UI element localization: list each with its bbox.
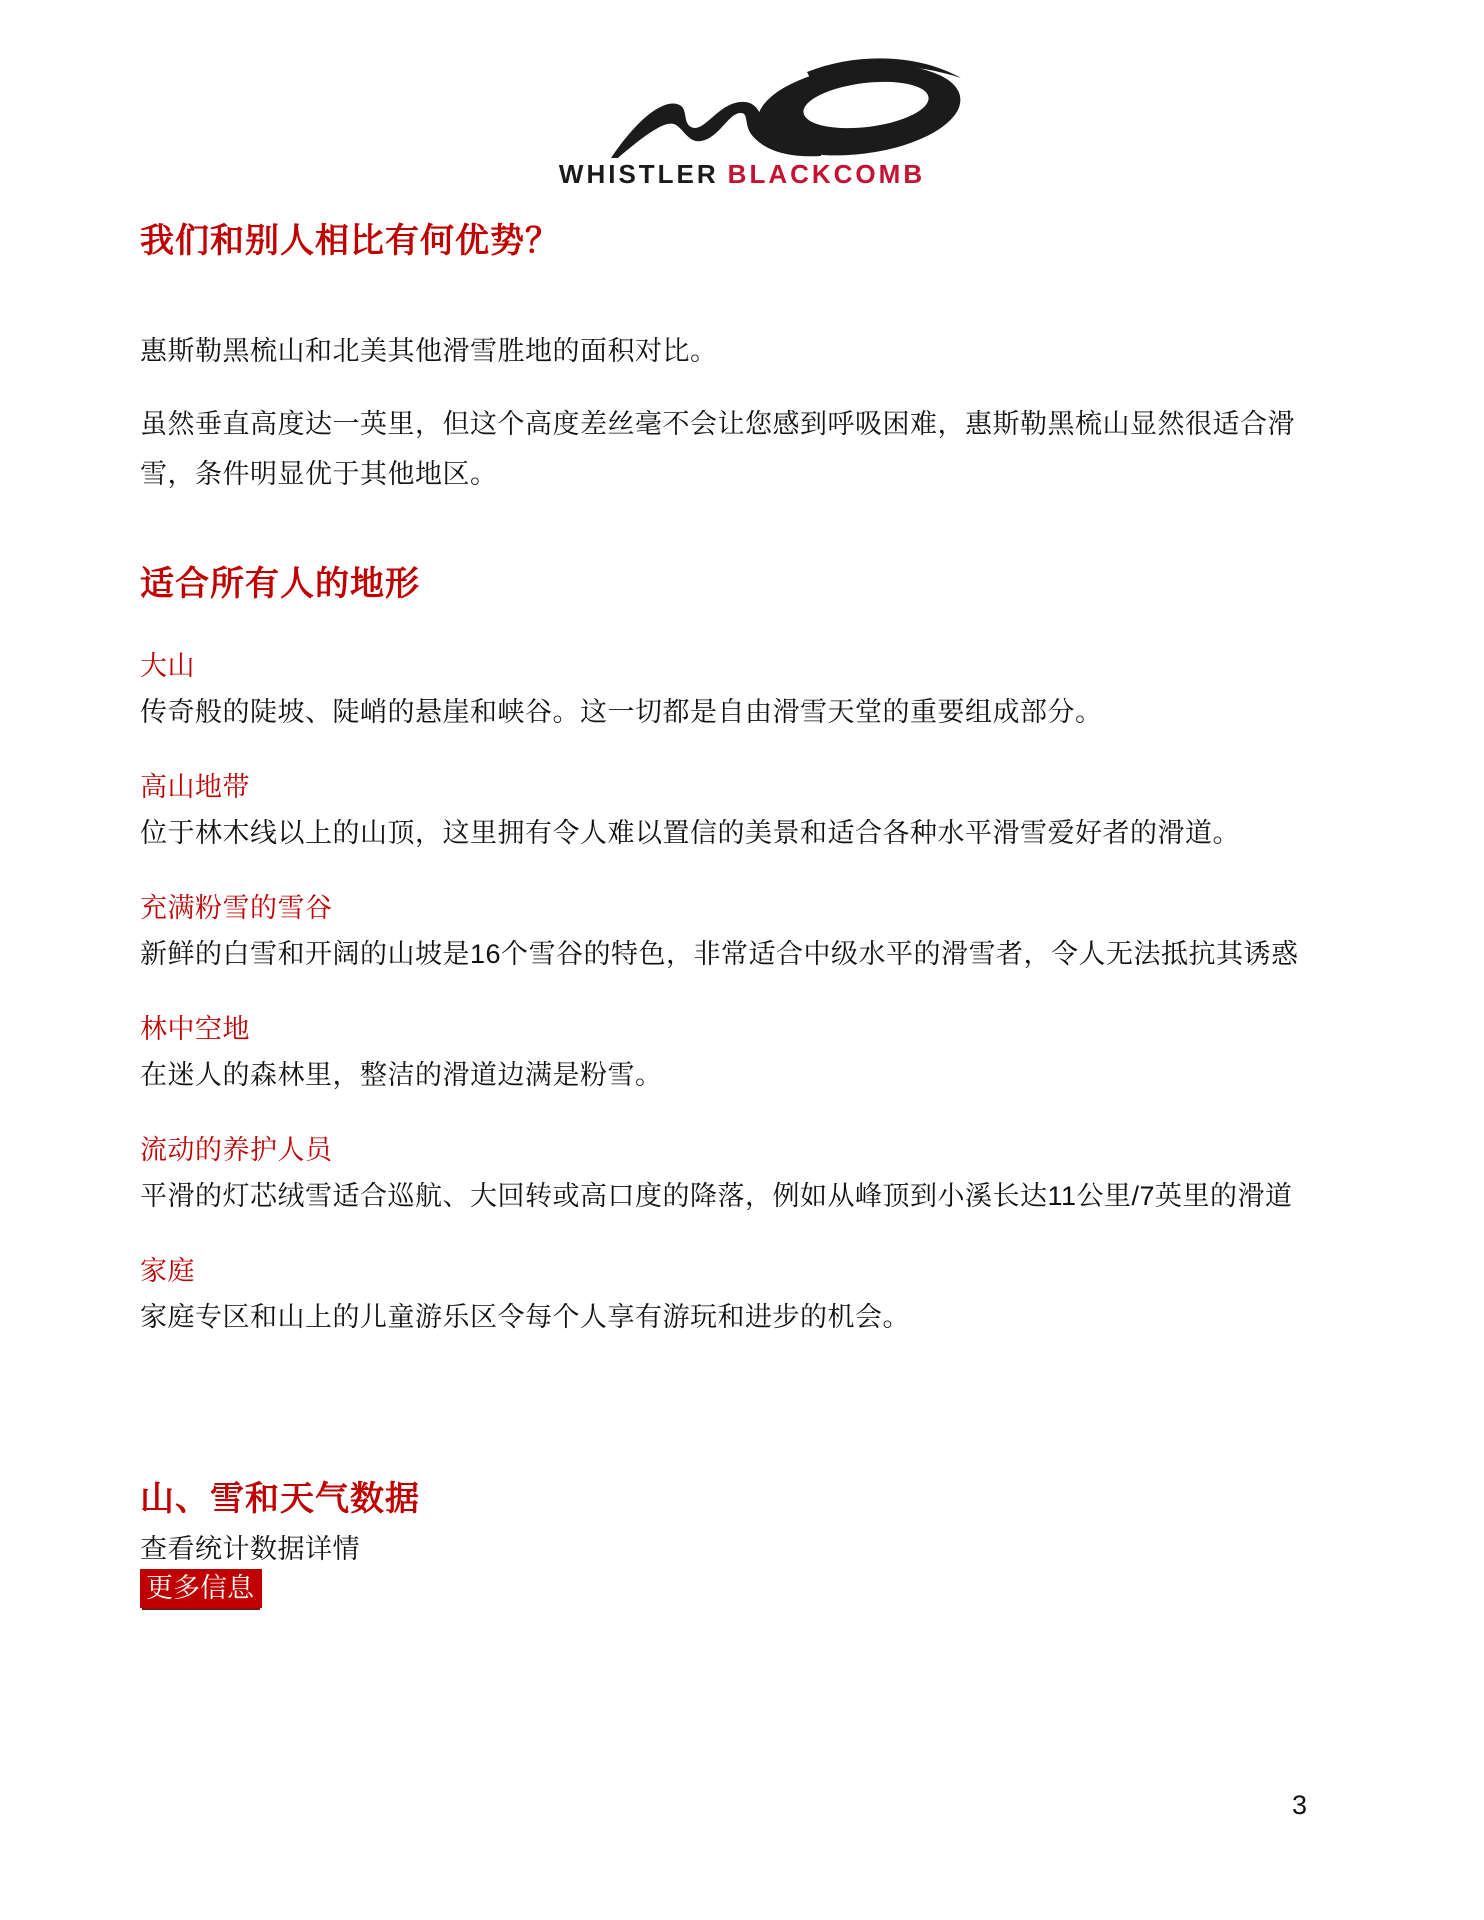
stats-subtitle: 查看统计数据详情 <box>140 1531 1344 1567</box>
page-number: 3 <box>1292 1790 1307 1821</box>
logo-wordmark: WHISTLERBLACKCOMB <box>559 160 925 188</box>
terrain-item-title: 家庭 <box>140 1250 1344 1292</box>
section-heading-stats: 山、雪和天气数据 <box>140 1477 1344 1521</box>
terrain-item-title: 流动的养护人员 <box>140 1129 1344 1171</box>
page-content: 我们和别人相比有何优势？ 惠斯勒黑梳山和北美其他滑雪胜地的面积对比。 虽然垂直高… <box>140 220 1344 1608</box>
terrain-item-body: 传奇般的陡坡、陡峭的悬崖和峡谷。这一切都是自由滑雪天堂的重要组成部分。 <box>140 687 1344 737</box>
terrain-item-body: 新鲜的白雪和开阔的山坡是16个雪谷的特色，非常适合中级水平的滑雪者，令人无法抵抗… <box>140 929 1344 979</box>
terrain-item-body: 位于林木线以上的山顶，这里拥有令人难以置信的美景和适合各种水平滑雪爱好者的滑道。 <box>140 808 1344 858</box>
terrain-item-title: 充满粉雪的雪谷 <box>140 887 1344 929</box>
terrain-item-body: 在迷人的森林里，整洁的滑道边满是粉雪。 <box>140 1050 1344 1100</box>
terrain-item-title: 大山 <box>140 645 1344 687</box>
terrain-item-family: 家庭 家庭专区和山上的儿童游乐区令每个人享有游玩和进步的机会。 <box>140 1250 1344 1342</box>
terrain-item-list: 大山 传奇般的陡坡、陡峭的悬崖和峡谷。这一切都是自由滑雪天堂的重要组成部分。 高… <box>140 645 1344 1342</box>
document-page: WHISTLERBLACKCOMB 我们和别人相比有何优势？ 惠斯勒黑梳山和北美… <box>0 0 1484 1608</box>
logo-swoosh-icon <box>607 58 967 158</box>
terrain-item-groomers: 流动的养护人员 平滑的灯芯绒雪适合巡航、大回转或高口度的降落，例如从峰顶到小溪长… <box>140 1129 1344 1221</box>
logo-text-whistler: WHISTLER <box>559 159 719 189</box>
terrain-item-alpine: 高山地带 位于林木线以上的山顶，这里拥有令人难以置信的美景和适合各种水平滑雪爱好… <box>140 766 1344 858</box>
section-heading-advantages: 我们和别人相比有何优势？ <box>140 220 1344 262</box>
terrain-item-powder-bowls: 充满粉雪的雪谷 新鲜的白雪和开阔的山坡是16个雪谷的特色，非常适合中级水平的滑雪… <box>140 887 1344 979</box>
terrain-item-body: 平滑的灯芯绒雪适合巡航、大回转或高口度的降落，例如从峰顶到小溪长达11公里/7英… <box>140 1171 1344 1221</box>
intro-paragraph-2: 虽然垂直高度达一英里，但这个高度差丝毫不会让您感到呼吸困难，惠斯勒黑梳山显然很适… <box>140 399 1344 499</box>
terrain-item-title: 林中空地 <box>140 1008 1344 1050</box>
terrain-item-body: 家庭专区和山上的儿童游乐区令每个人享有游玩和进步的机会。 <box>140 1292 1344 1342</box>
section-heading-terrain: 适合所有人的地形 <box>140 563 1344 605</box>
terrain-item-glades: 林中空地 在迷人的森林里，整洁的滑道边满是粉雪。 <box>140 1008 1344 1100</box>
logo-text-blackcomb: BLACKCOMB <box>728 159 925 189</box>
more-info-link[interactable]: 更多信息 <box>140 1569 262 1608</box>
terrain-item-big-mountain: 大山 传奇般的陡坡、陡峭的悬崖和峡谷。这一切都是自由滑雪天堂的重要组成部分。 <box>140 645 1344 737</box>
terrain-item-title: 高山地带 <box>140 766 1344 808</box>
whistler-blackcomb-logo: WHISTLERBLACKCOMB <box>0 0 1484 188</box>
intro-paragraph-1: 惠斯勒黑梳山和北美其他滑雪胜地的面积对比。 <box>140 326 1344 376</box>
